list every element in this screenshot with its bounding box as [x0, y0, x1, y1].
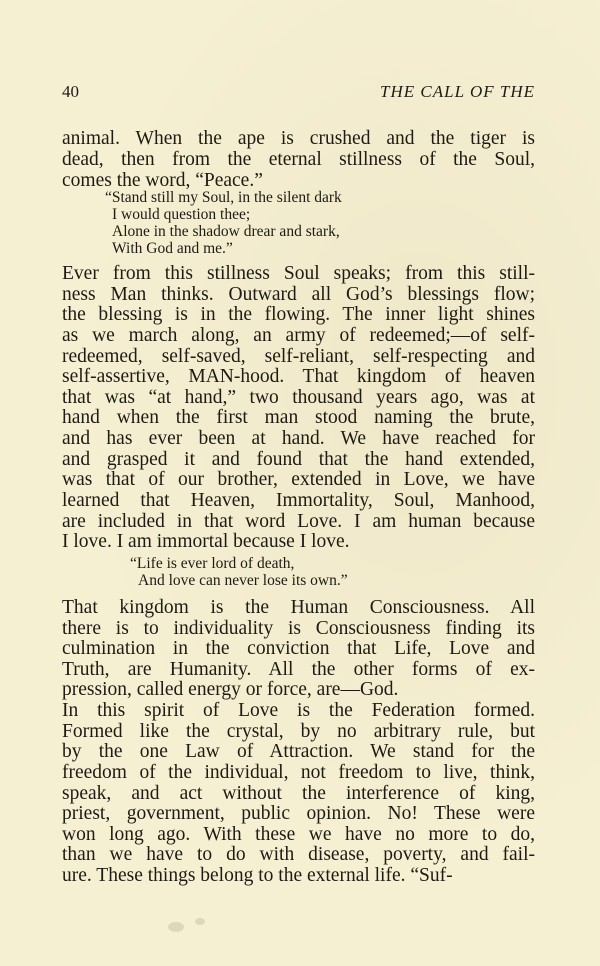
verse-line: I would question thee; [112, 206, 250, 224]
text-line: Formed like the crystal, by no arbitrary… [62, 721, 535, 742]
text-line: That kingdom is the Human Consciousness.… [62, 597, 535, 618]
text-line: comes the word, “Peace.” [62, 170, 535, 191]
verse-line: With God and me.” [112, 240, 233, 258]
text-line: I love. I am immortal because I love. [62, 531, 535, 552]
text-line: dead, then from the eternal stillness of… [62, 149, 535, 170]
paper-stain [195, 918, 205, 925]
text-line: than we have to do with disease, poverty… [62, 844, 535, 865]
text-line: by the one Law of Attraction. We stand f… [62, 741, 535, 762]
text-line: culmination in the conviction that Life,… [62, 638, 535, 659]
text-line: there is to individuality is Consciousne… [62, 618, 535, 639]
text-line: that was “at hand,” two thousand years a… [62, 387, 535, 408]
text-line: hand when the first man stood naming the… [62, 407, 535, 428]
text-line: learned that Heaven, Immortality, Soul, … [62, 490, 535, 511]
page-header: 40 THE CALL OF THE [62, 82, 535, 106]
text-line: redeemed, self-saved, self-reliant, self… [62, 346, 535, 367]
text-line: won long ago. With these we have no more… [62, 824, 535, 845]
page-number: 40 [62, 82, 79, 102]
text-line: the blessing is in the flowing. The inne… [62, 304, 535, 325]
text-line: ness Man thinks. Outward all God’s bless… [62, 284, 535, 305]
text-line: was that of our brother, extended in Lov… [62, 469, 535, 490]
verse-line: “Stand still my Soul, in the silent dark [105, 189, 342, 207]
text-line: and has ever been at hand. We have reach… [62, 428, 535, 449]
text-line: animal. When the ape is crushed and the … [62, 128, 535, 149]
verse-line: And love can never lose its own.” [138, 572, 348, 590]
text-line: and grasped it and found that the hand e… [62, 449, 535, 470]
text-line: are included in that word Love. I am hum… [62, 511, 535, 532]
text-line: Truth, are Humanity. All the other forms… [62, 659, 535, 680]
text-line: as we march along, an army of redeemed;—… [62, 325, 535, 346]
verse-line: “Life is ever lord of death, [130, 555, 294, 573]
text-line: speak, and act without the interference … [62, 783, 535, 804]
book-page: 40 THE CALL OF THE animal. When the ape … [0, 0, 600, 966]
text-line: freedom of the individual, not freedom t… [62, 762, 535, 783]
paper-stain [168, 922, 184, 932]
running-title: THE CALL OF THE [380, 82, 535, 102]
verse-line: Alone in the shadow drear and stark, [112, 223, 340, 241]
text-line: Ever from this stillness Soul speaks; fr… [62, 263, 535, 284]
text-line: priest, government, public opinion. No! … [62, 803, 535, 824]
text-line: pression, called energy or force, are—Go… [62, 679, 535, 700]
text-line: In this spirit of Love is the Federation… [62, 700, 535, 721]
text-line: self-assertive, MAN-hood. That kingdom o… [62, 366, 535, 387]
text-line: ure. These things belong to the external… [62, 865, 535, 886]
